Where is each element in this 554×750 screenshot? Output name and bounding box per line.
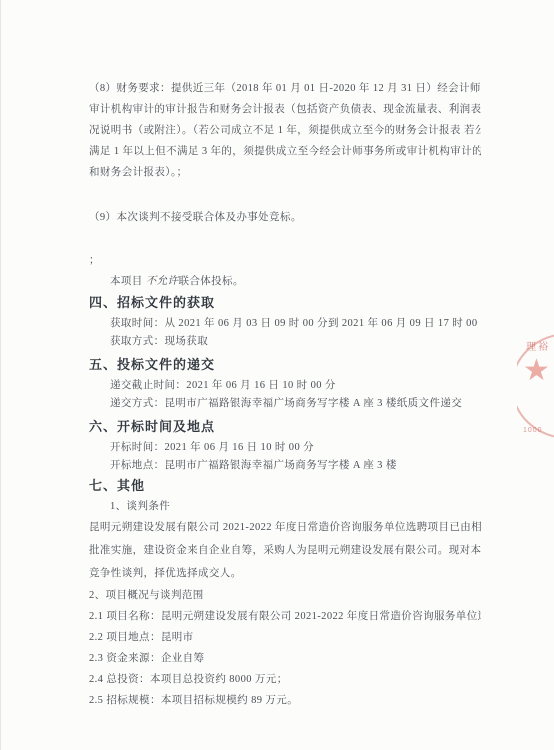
scanned-document-page: （8）财务要求：提供近三年（2018 年 01 月 01 日-2020 年 12… — [0, 0, 554, 750]
consortium-emphasis: 不允许 — [146, 276, 179, 287]
section-4-heading: 四、招标文件的获取 — [89, 292, 481, 313]
project-location: 2.2 项目地点：昆明市 — [89, 627, 481, 648]
clause-8-line: 审计机构审计的审计报告和财务会计报表（包括资产负债表、现金流量表、利润表和财务情 — [89, 99, 481, 120]
total-investment: 2.4 总投资：本项目总投资约 8000 万元； — [89, 669, 481, 690]
negotiation-conditions-line: 竞争性谈判，择优选择成交人。 — [89, 562, 481, 585]
clause-8-line: 况说明书（或附注）。（若公司成立不足 1 年，须提供成立至今的财务会计报表 若公… — [89, 120, 481, 141]
seal-star-icon: ★ — [523, 356, 550, 386]
acquisition-method: 获取方式：现场获取 — [89, 333, 481, 351]
seal-number: 1000 — [523, 427, 543, 434]
clause-8-line: 满足 1 年以上但不满足 3 年的，须提供成立至今经会计师事务所或审计机构审计的… — [89, 141, 481, 162]
submission-method: 递交方式：昆明市广福路银海幸福广场商务写字楼 A 座 3 楼纸质文件递交 — [89, 395, 481, 413]
seal-text: 理裕 — [526, 338, 550, 353]
tender-scale: 2.5 招标规模：本项目招标规模约 89 万元。 — [89, 690, 481, 711]
project-name: 2.1 项目名称：昆明元朔建设发展有限公司 2021-2022 年度日常造价咨询… — [89, 606, 481, 627]
negotiation-conditions-paragraph: 昆明元朔建设发展有限公司 2021-2022 年度日常造价咨询服务单位选聘项目已… — [89, 516, 481, 585]
clause-8-line: （8）财务要求：提供近三年（2018 年 01 月 01 日-2020 年 12… — [89, 78, 481, 99]
negotiation-conditions-line: 批准实施，建设资金来自企业自筹，采购人为昆明元朔建设发展有限公司。现对本项目进行 — [89, 539, 481, 562]
acquisition-time: 获取时间：从 2021 年 06 月 03 日 09 时 00 分到 2021 … — [89, 315, 481, 333]
consortium-note-suffix: 联合体投标。 — [178, 276, 243, 287]
submission-deadline: 递交截止时间：2021 年 06 月 16 日 10 时 00 分 — [89, 377, 481, 395]
document-body: （8）财务要求：提供近三年（2018 年 01 月 01 日-2020 年 12… — [89, 78, 481, 711]
project-overview-items: 2.1 项目名称：昆明元朔建设发展有限公司 2021-2022 年度日常造价咨询… — [89, 606, 481, 711]
section-5-heading: 五、投标文件的递交 — [89, 354, 481, 375]
bid-opening-location: 开标地点：昆明市广福路银海幸福广场商务写字楼 A 座 3 楼 — [89, 457, 481, 475]
orphan-semicolon: ； — [89, 250, 481, 271]
section-6-heading: 六、开标时间及地点 — [89, 416, 481, 437]
clause-8-paragraph: （8）财务要求：提供近三年（2018 年 01 月 01 日-2020 年 12… — [89, 78, 481, 183]
bid-opening-time: 开标时间：2021 年 06 月 16 日 10 时 00 分 — [89, 439, 481, 457]
negotiation-conditions-line: 昆明元朔建设发展有限公司 2021-2022 年度日常造价咨询服务单位选聘项目已… — [89, 516, 481, 539]
funding-source: 2.3 资金来源：企业自筹 — [89, 648, 481, 669]
negotiation-conditions-label: 1、谈判条件 — [89, 498, 481, 516]
seal-ring — [517, 333, 554, 439]
clause-8-line: 和财务会计报表）。； — [89, 162, 481, 183]
consortium-note: 本项目 不允许联合体投标。 — [89, 271, 481, 292]
clause-9-paragraph: （9）本次谈判不接受联合体及办事处竞标。 — [89, 207, 481, 228]
consortium-note-prefix: 本项目 — [110, 276, 146, 287]
section-7-heading: 七、其他 — [89, 475, 481, 496]
red-seal-partial: 理裕 ★ 1000 — [517, 330, 554, 448]
project-overview-label: 2、项目概况与谈判范围 — [89, 585, 481, 606]
